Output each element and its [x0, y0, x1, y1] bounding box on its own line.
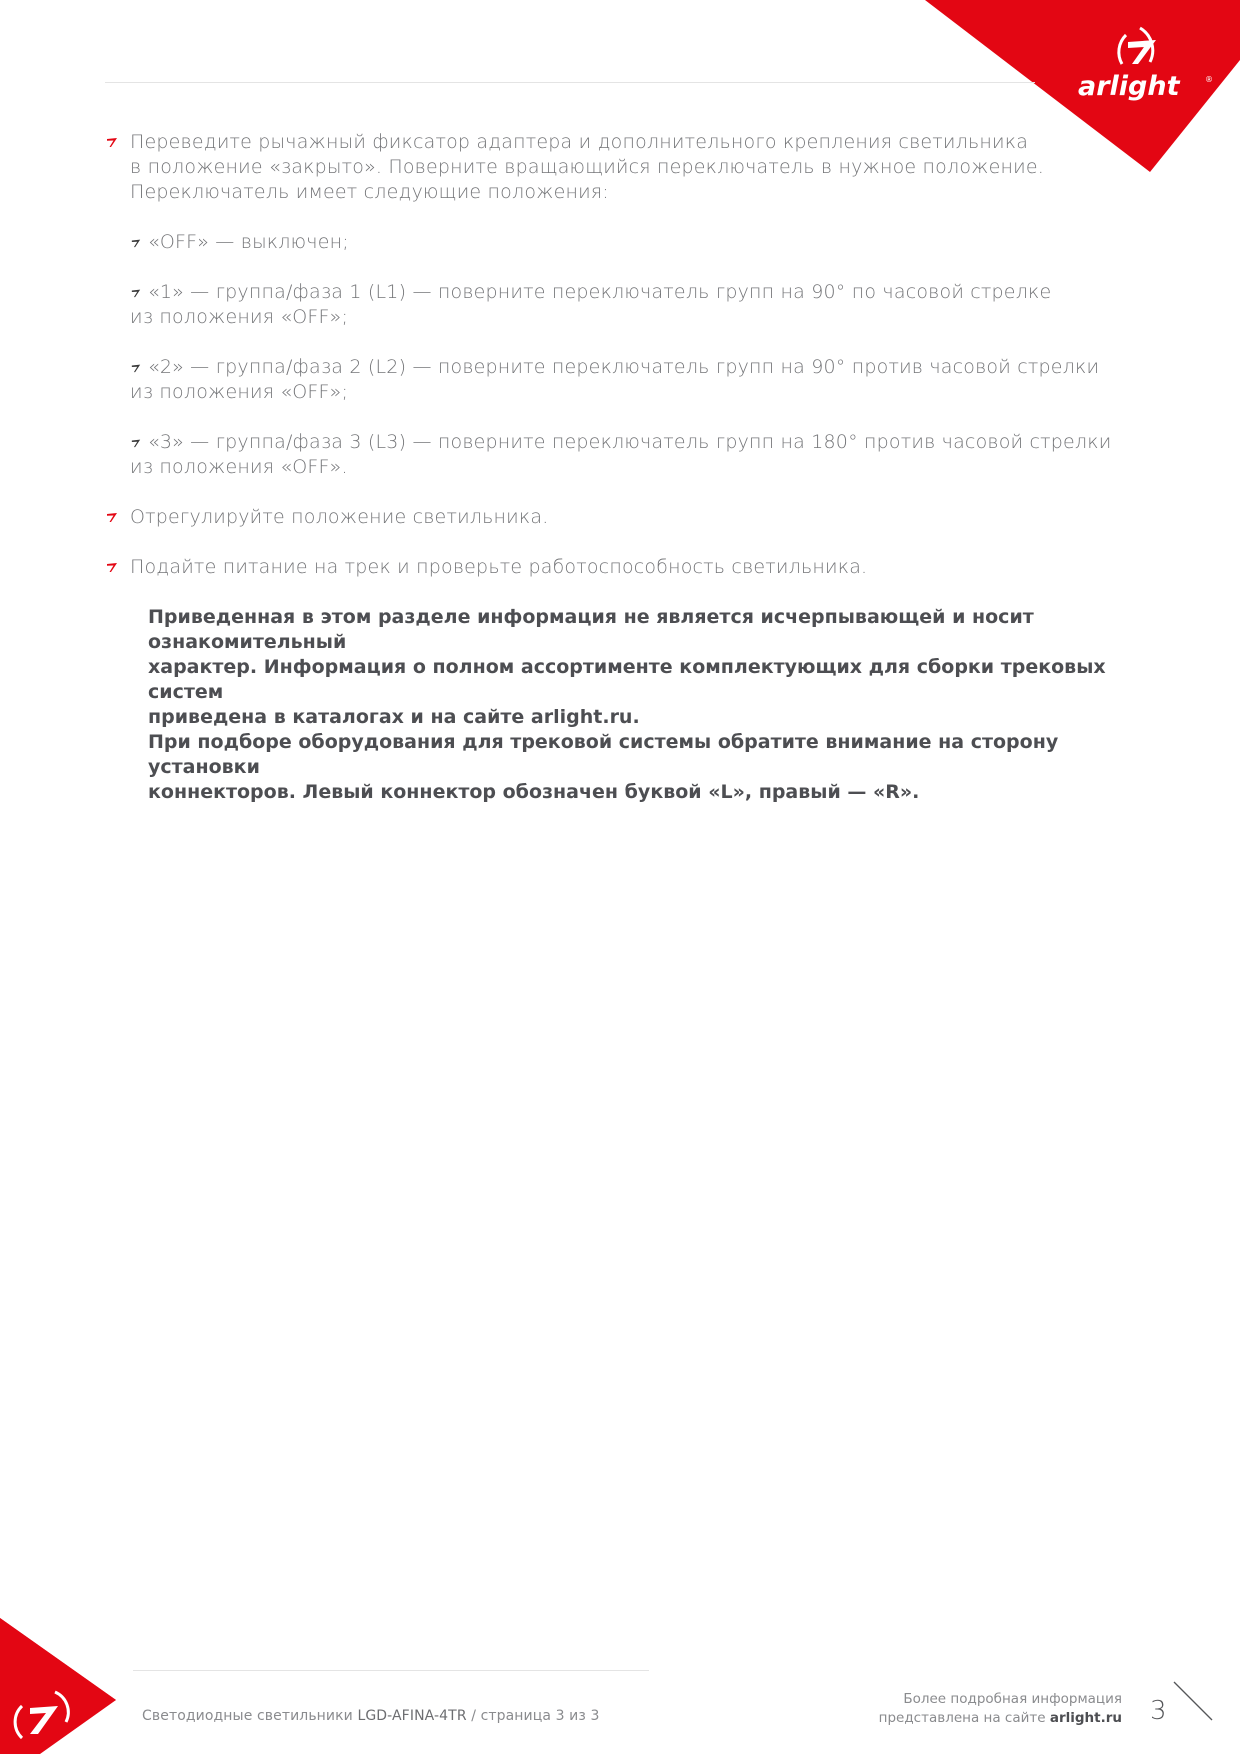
- note-line: характер. Информация о полном ассортимен…: [148, 655, 1148, 705]
- footer-brand-corner: [0, 1610, 130, 1754]
- note-line: При подборе оборудования для трековой си…: [148, 730, 1148, 780]
- arrow-bullet-icon: [105, 136, 119, 148]
- instruction-item: Отрегулируйте положение светильника.: [105, 505, 1125, 530]
- arrow-bullet-icon: [105, 561, 119, 573]
- instruction-line: Переключатель имеет следующие положения:: [130, 180, 1125, 205]
- arrow-bullet-icon: [130, 363, 142, 373]
- instruction-item: Переведите рычажный фиксатор адаптера и …: [105, 130, 1125, 205]
- switch-position-item: «2» — группа/фаза 2 (L2) — поверните пер…: [105, 355, 1125, 405]
- switch-position-line: «OFF» — выключен;: [130, 230, 1125, 255]
- instruction-line: в положение «закрыто». Поверните вращающ…: [130, 155, 1125, 180]
- note-line: коннекторов. Левый коннектор обозначен б…: [148, 780, 1148, 805]
- switch-position-line: из положения «OFF»;: [130, 380, 1125, 405]
- arrow-bullet-icon: [130, 438, 142, 448]
- switch-position-item: «3» — группа/фаза 3 (L3) — поверните пер…: [105, 430, 1125, 480]
- svg-text:®: ®: [1205, 75, 1213, 84]
- switch-position-line: из положения «OFF».: [130, 455, 1125, 480]
- instruction-item: Подайте питание на трек и проверьте рабо…: [105, 555, 1125, 580]
- switch-position-line: «3» — группа/фаза 3 (L3) — поверните пер…: [130, 430, 1125, 455]
- switch-position-item: «1» — группа/фаза 1 (L1) — поверните пер…: [105, 280, 1125, 330]
- footer-divider: [133, 1670, 649, 1671]
- arrow-bullet-icon: [130, 288, 142, 298]
- switch-position-line: из положения «OFF»;: [130, 305, 1125, 330]
- instruction-line: Переведите рычажный фиксатор адаптера и …: [130, 130, 1125, 155]
- arrow-bullet-icon: [105, 511, 119, 523]
- switch-position-item: «OFF» — выключен;: [105, 230, 1125, 255]
- instruction-line: Отрегулируйте положение светильника.: [130, 505, 1125, 530]
- footer-site-link[interactable]: arlight.ru: [1050, 1710, 1122, 1726]
- arrow-bullet-icon: [130, 238, 142, 248]
- instruction-line: Подайте питание на трек и проверьте рабо…: [130, 555, 1125, 580]
- switch-position-line: «1» — группа/фаза 1 (L1) — поверните пер…: [130, 280, 1125, 305]
- header-divider: [105, 82, 1035, 83]
- switch-position-line: «2» — группа/фаза 2 (L2) — поверните пер…: [130, 355, 1125, 380]
- footer-doc-prefix: Светодиодные светильники: [142, 1708, 357, 1724]
- footer-more-info-line1: Более подробная информация: [879, 1690, 1122, 1709]
- page-number: 3: [1150, 1696, 1167, 1726]
- footer-document-title: Светодиодные светильники LGD-AFINA-4TR /…: [142, 1708, 599, 1724]
- instructions-list: Переведите рычажный фиксатор адаптера и …: [105, 130, 1125, 580]
- logo-text: arlight: [1078, 71, 1181, 102]
- footer-more-info: Более подробная информация представлена …: [879, 1690, 1122, 1728]
- note-line: приведена в каталогах и на сайте arlight…: [148, 705, 1148, 730]
- footer-doc-model: LGD-AFINA-4TR: [357, 1708, 466, 1724]
- note-line: Приведенная в этом разделе информация не…: [148, 605, 1148, 655]
- footer-doc-page: / страница 3 из 3: [467, 1708, 600, 1724]
- info-note: Приведенная в этом разделе информация не…: [148, 605, 1148, 805]
- footer-more-info-line2: представлена на сайте: [879, 1710, 1050, 1726]
- page-slash-decoration: [1170, 1680, 1215, 1725]
